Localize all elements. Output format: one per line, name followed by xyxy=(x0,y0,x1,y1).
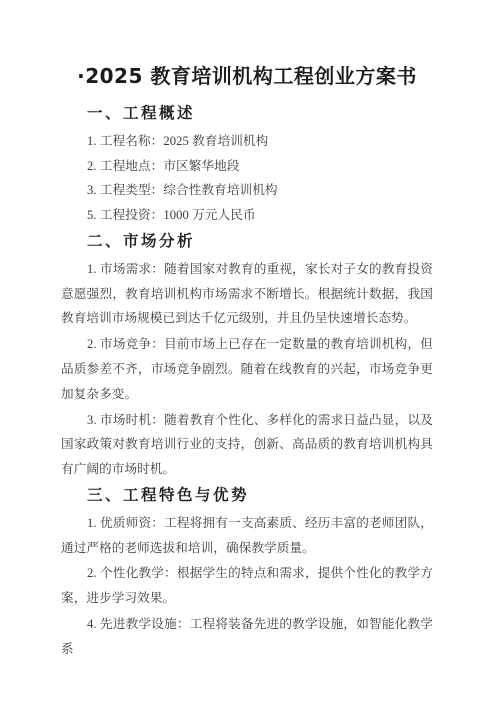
document-page: ·2025 教育培训机构工程创业方案书 一、工程概述 1. 工程名称：2025 … xyxy=(0,0,500,707)
paragraph-market-opportunity: 3. 市场时机：随着教育个性化、多样化的需求日益凸显，以及国家政策对教育培训行业… xyxy=(61,408,433,482)
overview-item-project-location: 2. 工程地点：市区繁华地段 xyxy=(61,154,433,179)
document-title: ·2025 教育培训机构工程创业方案书 xyxy=(61,62,433,90)
paragraph-quality-teachers: 1. 优质师资：工程将拥有一支高素质、经历丰富的老师团队，通过严格的老师选拔和培… xyxy=(61,511,433,561)
section-heading-market-analysis: 二、市场分析 xyxy=(61,230,433,255)
paragraph-advanced-facilities: 4. 先进教学设施：工程将装备先进的教学设施，如智能化教学系 xyxy=(61,612,433,662)
overview-item-project-type: 3. 工程类型：综合性教育培训机构 xyxy=(61,178,433,203)
paragraph-personalized-teaching: 2. 个性化教学：根据学生的特点和需求，提供个性化的教学方案，进步学习效果。 xyxy=(61,561,433,611)
section-heading-project-overview: 一、工程概述 xyxy=(61,102,433,127)
paragraph-market-competition: 2. 市场竞争：目前市场上已存在一定数量的教育培训机构，但品质参差不齐，市场竞争… xyxy=(61,332,433,406)
section-heading-features-advantages: 三、工程特色与优势 xyxy=(61,484,433,509)
overview-item-project-investment: 5. 工程投资：1000 万元人民币 xyxy=(61,203,433,228)
document-body: 一、工程概述 1. 工程名称：2025 教育培训机构 2. 工程地点：市区繁华地… xyxy=(61,102,433,662)
paragraph-market-demand: 1. 市场需求：随着国家对教育的重视，家长对子女的教育投资意愿强烈，教育培训机构… xyxy=(61,257,433,331)
overview-item-project-name: 1. 工程名称：2025 教育培训机构 xyxy=(61,129,433,154)
